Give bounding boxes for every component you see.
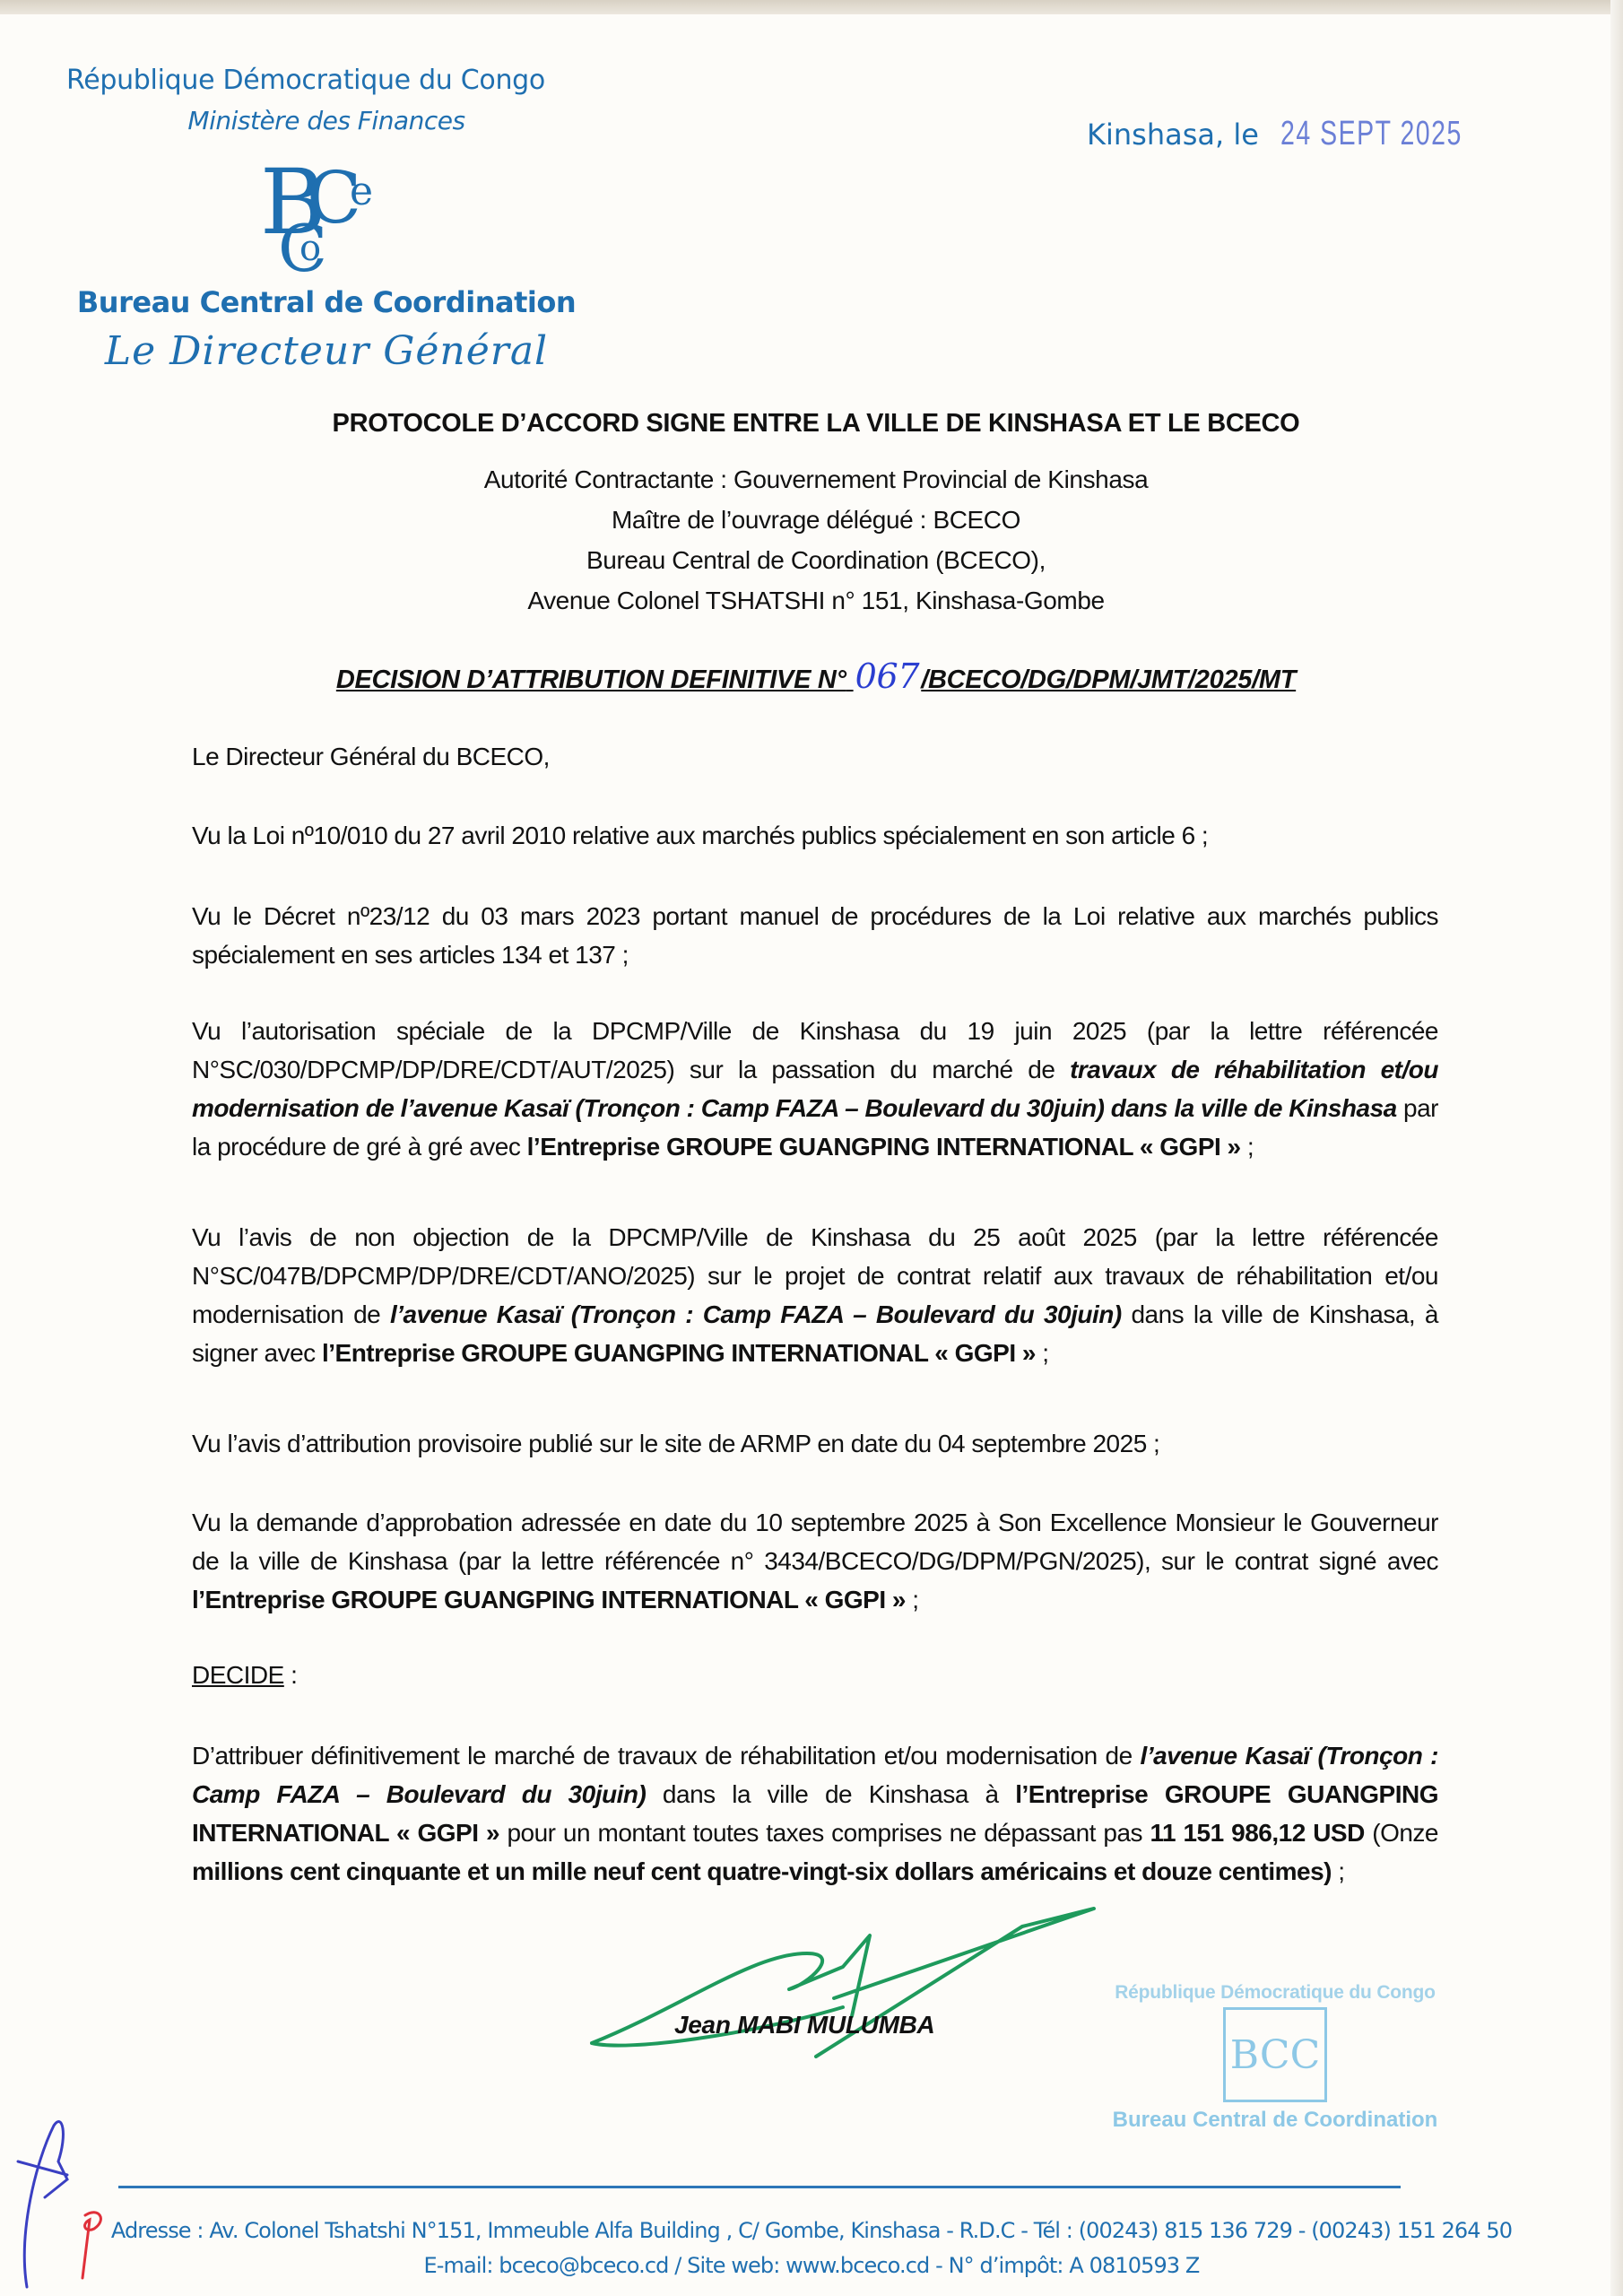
- text-run: dans la ville de Kinshasa à: [646, 1780, 1015, 1808]
- decide-colon: :: [284, 1661, 298, 1689]
- info-line-address: Avenue Colonel TSHATSHI n° 151, Kinshasa…: [179, 580, 1453, 621]
- consideration-decree: Vu le Décret nº23/12 du 03 mars 2023 por…: [192, 897, 1438, 974]
- contract-info-block: Autorité Contractante : Gouvernement Pro…: [179, 459, 1453, 621]
- stamp-emblem-icon: BCC: [1223, 2007, 1327, 2102]
- info-line-delegate: Maître de l’ouvrage délégué : BCECO: [179, 500, 1453, 540]
- letterhead-ministry: Ministère des Finances: [66, 106, 586, 135]
- info-line-bureau: Bureau Central de Coordination (BCECO),: [179, 540, 1453, 580]
- intro-line: Le Directeur Général du BCECO,: [192, 737, 1438, 776]
- decide-heading: DECIDE :: [192, 1656, 1438, 1694]
- road-section: l’avenue Kasaï (Tronçon : Camp FAZA – Bo…: [390, 1300, 1122, 1328]
- consideration-approval-request: Vu la demande d’approbation adressée en …: [192, 1503, 1438, 1619]
- date-stamp: 24 SEPT 2025: [1280, 115, 1462, 153]
- official-stamp: République Démocratique du Congo BCC Bur…: [1096, 1982, 1454, 2152]
- text-run: ;: [906, 1586, 919, 1613]
- text-run: Vu la demande d’approbation adressée en …: [192, 1509, 1438, 1575]
- decision-article: D’attribuer définitivement le marché de …: [192, 1736, 1438, 1891]
- decide-label: DECIDE: [192, 1661, 284, 1689]
- consideration-non-objection: Vu l’avis de non objection de la DPCMP/V…: [192, 1218, 1438, 1372]
- letterhead-country: République Démocratique du Congo: [66, 65, 604, 96]
- bceco-logo-icon: B C e C o: [251, 152, 395, 278]
- svg-text:e: e: [350, 169, 373, 214]
- contractor-name: l’Entreprise GROUPE GUANGPING INTERNATIO…: [192, 1586, 906, 1613]
- consideration-provisional-award: Vu l’avis d’attribution provisoire publi…: [192, 1424, 1438, 1463]
- svg-text:o: o: [299, 228, 321, 269]
- footer-contact: E-mail: bceco@bceco.cd / Site web: www.b…: [0, 2253, 1623, 2278]
- consideration-law: Vu la Loi nº10/010 du 27 avril 2010 rela…: [192, 816, 1438, 855]
- scan-edge-right: [1610, 0, 1623, 2296]
- decision-prefix: DECISION D’ATTRIBUTION DEFINITIVE N°: [336, 665, 846, 694]
- stamp-country: République Démocratique du Congo: [1096, 1982, 1454, 2004]
- handwritten-decision-number: 067: [855, 657, 920, 696]
- protocol-title: PROTOCOLE D’ACCORD SIGNE ENTRE LA VILLE …: [179, 409, 1453, 439]
- stamp-bureau: Bureau Central de Coordination: [1096, 2108, 1454, 2133]
- date-prefix: Kinshasa, le: [1087, 117, 1259, 152]
- letterhead-director-title: Le Directeur Général: [66, 328, 586, 374]
- text-run: pour un montant toutes taxes comprises n…: [499, 1819, 1150, 1847]
- footer-divider: [118, 2186, 1401, 2188]
- footer-address: Adresse : Av. Colonel Tshatshi N°151, Im…: [0, 2218, 1623, 2243]
- text-run: ;: [1036, 1339, 1049, 1367]
- contractor-name: l’Entreprise GROUPE GUANGPING INTERNATIO…: [527, 1133, 1241, 1161]
- contractor-name: l’Entreprise GROUPE GUANGPING INTERNATIO…: [322, 1339, 1036, 1367]
- amount-in-words: millions cent cinquante et un mille neuf…: [192, 1857, 1332, 1885]
- info-line-authority: Autorité Contractante : Gouvernement Pro…: [179, 459, 1453, 500]
- text-run: D’attribuer définitivement le marché de …: [192, 1742, 1141, 1770]
- text-run: ;: [1241, 1133, 1254, 1161]
- letterhead-bureau: Bureau Central de Coordination: [66, 285, 586, 319]
- decision-suffix: /BCECO/DG/DPM/JMT/2025/MT: [921, 665, 1296, 694]
- scan-edge-top: [0, 0, 1623, 14]
- consideration-authorisation: Vu l’autorisation spéciale de la DPCMP/V…: [192, 1012, 1438, 1166]
- contract-amount: 11 151 986,12 USD: [1150, 1819, 1364, 1847]
- text-run: (Onze: [1365, 1819, 1438, 1847]
- signature-scribble-icon: [574, 1900, 1112, 2070]
- decision-title: DECISION D’ATTRIBUTION DEFINITIVE N° 067…: [179, 657, 1453, 696]
- text-run: ;: [1332, 1857, 1345, 1885]
- date-line: Kinshasa, le 24 SEPT 2025: [1087, 115, 1523, 153]
- signer-name: Jean MABI MULUMBA: [674, 2011, 934, 2039]
